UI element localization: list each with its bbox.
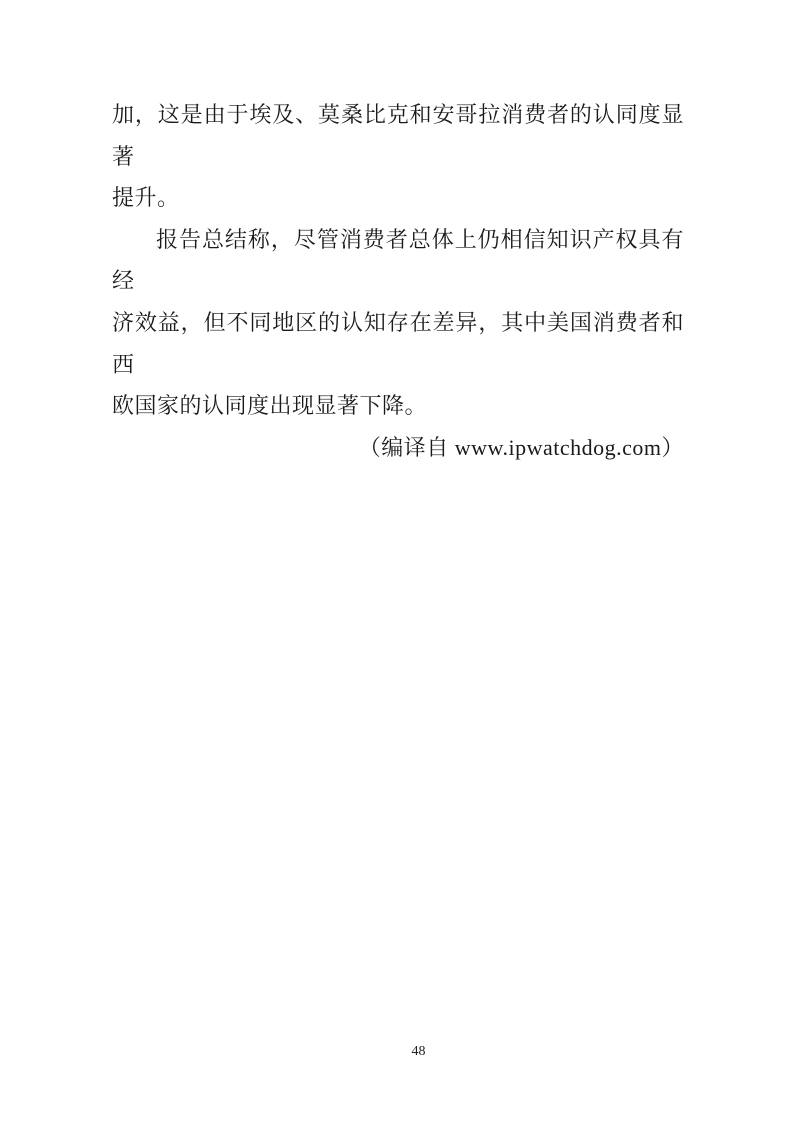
paragraph-2-line-2: 济效益，但不同地区的认知存在差异，其中美国消费者和西 <box>112 302 684 385</box>
page-footer: 48 <box>0 1042 793 1061</box>
paragraph-2-line-1: 报告总结称，尽管消费者总体上仍相信知识产权具有经 <box>112 219 684 302</box>
paragraph-1-line-2: 提升。 <box>112 177 684 219</box>
document-page: 加，这是由于埃及、莫桑比克和安哥拉消费者的认同度显著 提升。 报告总结称，尽管消… <box>0 0 793 1122</box>
body-text-block: 加，这是由于埃及、莫桑比克和安哥拉消费者的认同度显著 提升。 报告总结称，尽管消… <box>112 94 684 468</box>
paragraph-2-line-3: 欧国家的认同度出现显著下降。 <box>112 385 684 427</box>
paragraph-1-line-1: 加，这是由于埃及、莫桑比克和安哥拉消费者的认同度显著 <box>112 94 684 177</box>
page-number: 48 <box>412 1043 426 1061</box>
attribution-line: （编译自 www.ipwatchdog.com） <box>112 427 684 469</box>
